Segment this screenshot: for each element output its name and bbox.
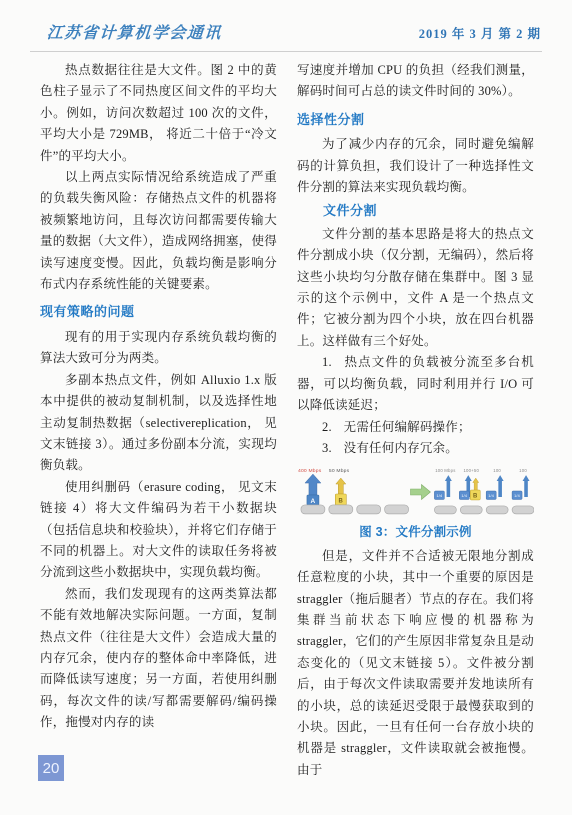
paragraph: 热点数据往往是大文件。图 2 中的黄色柱子显示了不同热度区间文件的平均大小。例如… [40,60,277,167]
right-arrow-icon [411,485,431,500]
right-column: 写速度并增加 CPU 的负担（经我们测量，解码时间可占总的读文件时间的 30%）… [297,60,534,781]
figure-file-split: 400 Mbps 50 Mbps A B [297,465,534,543]
issue-info: 2019 年 3 月 第 2 期 [419,24,541,42]
server-tray-icon [434,506,456,514]
paragraph: 为了减少内存的冗余，同时避免编解码的计算负担，我们设计了一种选择性文件分割的算法… [297,134,534,198]
machine-chunk-3: 1/4 [486,475,508,514]
server-tray-icon [357,505,381,514]
paragraph: 使用纠删码（erasure coding， 见文末链接 4）将大文件编码为若干小… [40,477,277,584]
list-number: 3. [322,441,332,455]
up-arrow-icon [445,475,452,497]
server-tray-icon [329,505,353,514]
paragraph: 以上两点实际情况给系统造成了严重的负载失衡风险：存储热点文件的机器将被频繁地访问… [40,167,277,295]
warm-bandwidth-label: 50 Mbps [329,468,350,474]
list-number: 2. [322,420,332,434]
journal-logo: 江苏省计算机学会通讯 [46,20,223,43]
chunk-label: 1/4 [436,494,442,498]
file-b-label: B [473,494,478,500]
sub-heading-file-split: 文件分割 [297,200,534,221]
machine-chunk-4: 1/4 [512,475,534,514]
file-b-label: B [339,499,344,505]
paragraph: 文件分割的基本思路是将大的热点文件分割成小块（仅分割，无编码），然后将这些小块均… [297,224,534,352]
machine-chunk-2-with-b: 1/4 B [459,475,482,514]
server-tray-icon [486,506,508,514]
chunk-label: 1/4 [461,494,467,498]
paragraph: 然而，我们发现现有的这两类算法都不能有效地解决实际问题。一方面，复制热点文件（往… [40,584,277,734]
machine-chunk-1: 1/4 [434,475,456,514]
up-arrow-icon [497,475,504,497]
page-header: 江苏省计算机学会通讯 2019 年 3 月 第 2 期 [47,20,541,43]
server-tray-icon [460,506,482,514]
result-label-4: 100 [519,468,527,473]
left-column: 热点数据往往是大文件。图 2 中的黄色柱子显示了不同热度区间文件的平均大小。例如… [40,60,277,781]
page-number: 20 [38,755,64,781]
hot-bandwidth-label: 400 Mbps [298,468,322,474]
machine-warm-b: B [329,478,353,514]
list-item: 3.没有任何内存冗余。 [297,438,534,459]
section-heading-existing-strategies: 现有策略的问题 [40,301,277,322]
file-split-diagram: 400 Mbps 50 Mbps A B [297,465,534,519]
server-tray-icon [512,506,534,514]
figure-caption: 图 3：文件分割示例 [297,522,534,543]
list-number: 1. [322,355,332,369]
header-divider [30,51,542,52]
file-a-label: A [310,498,315,505]
list-item: 2.无需任何编解码操作； [297,417,534,438]
section-heading-selective-split: 选择性分割 [297,109,534,130]
paragraph: 现有的用于实现内存系统负载均衡的算法大致可分为两类。 [40,327,277,370]
chunk-label: 1/4 [514,494,520,498]
paragraph: 但是，文件并不合适被无限地分割成任意粒度的小块，其中一个重要的原因是 strag… [297,546,534,781]
server-tray-icon [385,505,409,514]
big-up-arrow-icon [305,474,321,495]
list-text: 无需任何编解码操作； [344,420,471,434]
paragraph: 多副本热点文件，例如 Alluxio 1.x 版本中提供的被动复制机制，以及选择… [40,370,277,477]
paragraph-continued: 写速度并增加 CPU 的负担（经我们测量，解码时间可占总的读文件时间的 30%）… [297,60,534,103]
small-up-arrow-icon [336,478,346,494]
result-label-3: 100 [493,468,501,473]
server-tray-icon [301,505,325,514]
list-item: 1.热点文件的负载被分流至多台机器，可以均衡负载，同时利用并行 I/O 可以降低… [297,352,534,416]
chunk-label: 1/4 [488,494,494,498]
result-label-1: 100 Mbps [435,468,455,473]
up-arrow-icon [523,475,530,497]
page-body: 热点数据往往是大文件。图 2 中的黄色柱子显示了不同热度区间文件的平均大小。例如… [40,60,534,781]
list-text: 热点文件的负载被分流至多台机器，可以均衡负载，同时利用并行 I/O 可以降低读延… [297,355,534,412]
list-text: 没有任何内存冗余。 [344,441,458,455]
result-label-2: 100+50 [463,468,479,473]
machine-hot-a: A [301,474,325,514]
